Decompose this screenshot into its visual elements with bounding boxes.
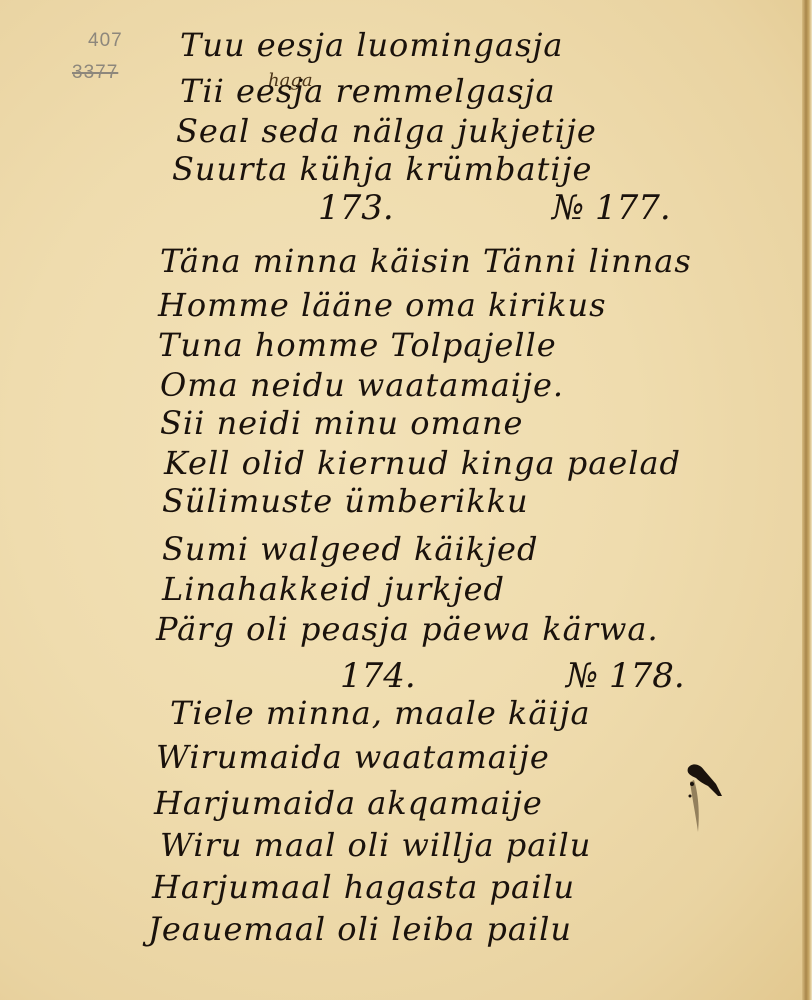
song-173-line-4: Oma neidu waatamaije. bbox=[160, 366, 564, 404]
song-173-no-label: № 177. bbox=[552, 188, 671, 228]
song-173-line-9: Linahakkeid jurkjed bbox=[162, 570, 505, 608]
fragment-line-2: Tii eesja remmelgasja bbox=[180, 72, 556, 110]
fragment-line-1: Tuu eesja luomingasja bbox=[180, 26, 563, 64]
song-173-line-5: Sii neidi minu omane bbox=[160, 404, 523, 442]
song-174-no-label: № 178. bbox=[566, 656, 685, 696]
fragment-line-3: Seal seda nälga jukjetije bbox=[176, 112, 597, 150]
page-edge bbox=[802, 0, 812, 1000]
song-174-line-1: Tiele minna, maale käija bbox=[170, 694, 591, 732]
song-174-line-3: Harjumaida akqamaije bbox=[154, 784, 543, 822]
song-173-line-8: Sumi walgeed käikjed bbox=[162, 530, 538, 568]
song-173-line-6: Kell olid kiernud kinga paelad bbox=[164, 444, 681, 482]
song-174-number: 174. bbox=[340, 656, 416, 696]
song-173-line-3: Tuna homme Tolpajelle bbox=[158, 326, 557, 364]
song-174-line-5: Harjumaal hagasta pailu bbox=[152, 868, 575, 906]
ink-blot bbox=[686, 762, 726, 832]
fragment-line-4: Suurta kühja krümbatije bbox=[172, 150, 592, 188]
archive-number-current: 407 bbox=[88, 30, 123, 52]
song-173-line-2: Homme lääne oma kirikus bbox=[158, 286, 607, 324]
archive-number-struck: 3377 bbox=[72, 62, 118, 84]
song-174-line-6: Jeauemaal oli leiba pailu bbox=[148, 910, 572, 948]
song-173-line-7: Sülimuste ümberikku bbox=[162, 482, 529, 520]
song-173-line-1: Täna minna käisin Tänni linnas bbox=[160, 242, 692, 280]
song-174-line-2: Wirumaida waatamaije bbox=[156, 738, 550, 776]
song-173-number: 173. bbox=[318, 188, 394, 228]
song-174-line-4: Wiru maal oli willja pailu bbox=[160, 826, 591, 864]
song-173-line-10: Pärg oli peasja päewa kärwa. bbox=[156, 610, 659, 648]
